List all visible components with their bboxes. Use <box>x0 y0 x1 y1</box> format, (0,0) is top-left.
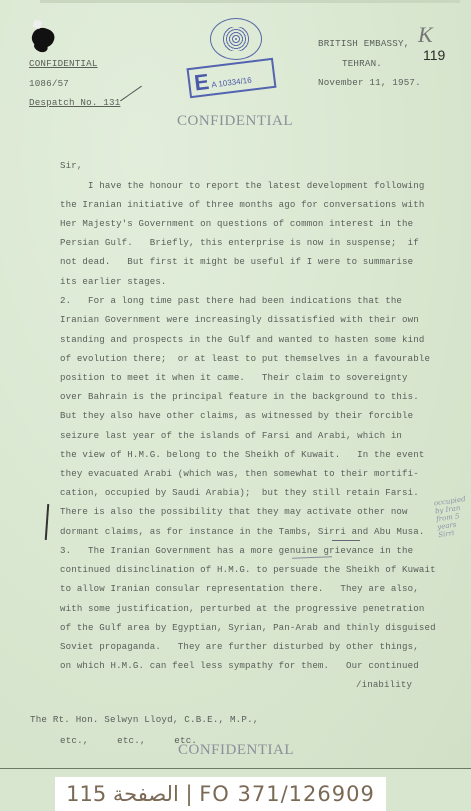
folio-number: 119 <box>423 47 445 63</box>
body-line: standing and prospects in the Gulf and w… <box>60 334 424 345</box>
body-line: over Bahrain is the principal feature in… <box>60 391 419 402</box>
body-line: Persian Gulf. Briefly, this enterprise i… <box>60 237 419 248</box>
royal-seal-icon <box>210 18 262 60</box>
ink-blot <box>29 25 57 51</box>
registry-number: A 10334/16 <box>211 76 252 90</box>
body-line: position to meet it when it came. Their … <box>60 372 408 383</box>
registry-stamp: E A 10334/16 <box>186 58 276 98</box>
body-line: Her Majesty's Government on questions of… <box>60 218 413 229</box>
body-line: seizure last year of the islands of Fars… <box>60 430 402 441</box>
body-line: to allow Iranian consular representation… <box>60 583 419 594</box>
despatch-number: Despatch No. 131 <box>29 97 120 108</box>
body-line: But they also have other claims, as witn… <box>60 410 413 421</box>
handwritten-underline <box>292 556 332 558</box>
registry-letter: E <box>193 72 210 94</box>
page-reference-label: 115 الصفحة | FO 371/126909 <box>66 782 375 806</box>
reference-number: 1086/57 <box>29 78 69 89</box>
catchword: /inability <box>356 679 412 690</box>
body-line: not dead. But first it might be useful i… <box>60 256 413 267</box>
body-line: Iranian Government were increasingly dis… <box>60 314 419 325</box>
page-reference-footer: 115 الصفحة | FO 371/126909 <box>55 777 386 811</box>
body-line: on which H.M.G. can feel less sympathy f… <box>60 660 419 671</box>
body-line: of evolution there; or at least to put t… <box>60 353 430 364</box>
handwritten-margin-note: occupied by Iran from 5 years Sirri <box>433 495 471 539</box>
body-line: I have the honour to report the latest d… <box>60 180 424 191</box>
body-line: cation, occupied by Saudi Arabia); but t… <box>60 487 419 498</box>
confidential-stamp-bottom: CONFIDENTIAL <box>178 742 294 759</box>
body-line: Soviet propaganda. They are further dist… <box>60 641 419 652</box>
body-line: its earlier stages. <box>60 276 167 287</box>
body-line: continued disinclination of H.M.G. to pe… <box>60 564 436 575</box>
salutation: Sir, <box>60 160 82 171</box>
folio-mark: K <box>418 22 433 48</box>
sender-embassy: BRITISH EMBASSY, <box>318 38 409 49</box>
pen-stroke <box>120 86 142 102</box>
body-line: of the Gulf area by Egyptian, Syrian, Pa… <box>60 622 436 633</box>
body-line: they evacuated Arabi (which was, then so… <box>60 468 419 479</box>
sender-city: TEHRAN. <box>342 58 382 69</box>
page-edge <box>40 0 460 3</box>
body-line: There is also the possibility that they … <box>60 506 408 517</box>
document-page: CONFIDENTIAL 1086/57 Despatch No. 131 E … <box>0 0 471 769</box>
letter-date: November 11, 1957. <box>318 77 421 88</box>
body-line: the Iranian initiative of three months a… <box>60 199 424 210</box>
classification-heading: CONFIDENTIAL <box>29 58 98 69</box>
body-line: 2. For a long time past there had been i… <box>60 295 402 306</box>
body-line: dormant claims, as for instance in the T… <box>60 526 424 537</box>
body-line: 3. The Iranian Government has a more gen… <box>60 545 413 556</box>
confidential-stamp-top: CONFIDENTIAL <box>177 113 293 130</box>
addressee-etc: etc., etc., etc. <box>60 735 197 746</box>
body-line: the view of H.M.G. belong to the Sheikh … <box>60 449 424 460</box>
margin-marking <box>45 504 50 540</box>
body-line: with some justification, perturbed at th… <box>60 603 424 614</box>
addressee-name: The Rt. Hon. Selwyn Lloyd, C.B.E., M.P., <box>30 714 259 725</box>
handwritten-underline <box>332 540 360 541</box>
